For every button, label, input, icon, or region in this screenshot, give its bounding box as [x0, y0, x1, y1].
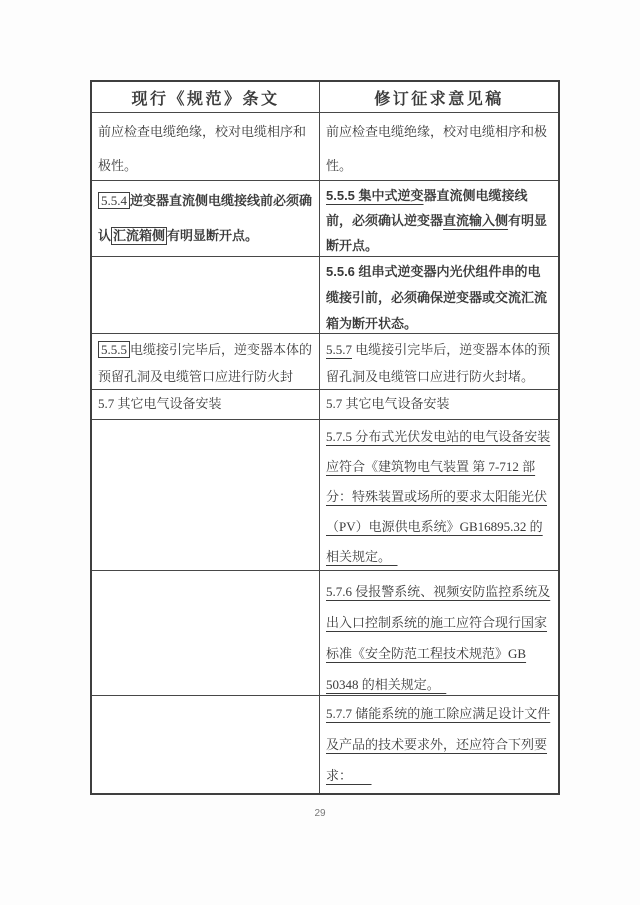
deleted-clause-number-box: 5.5.5 — [98, 341, 130, 358]
inserted-clause-number: 5.5.7 — [326, 342, 352, 357]
cell-current-empty-3 — [92, 571, 320, 696]
deleted-term-box: 汇流箱侧 — [111, 227, 167, 245]
cell-current-5-5-5: 5.5.5电缆接引完毕后，逆变器本体的预留孔洞及电缆管口应进行防火封堵。 — [92, 334, 320, 390]
cell-text: 前应检查电缆绝缘，校对电缆相序和极性。 — [98, 124, 306, 173]
inserted-text: 5.7.7 储能系统的施工除应满足设计文件及产品的技术要求外，还应符合下列要求： — [326, 706, 550, 783]
cell-revised-5-7-6: 5.7.6 侵报警系统、视频安防监控系统及出入口控制系统的施工应符合现行国家标准… — [320, 571, 558, 696]
page-number: 29 — [0, 808, 640, 819]
cell-revised-5-7: 5.7 其它电气设备安装 — [320, 390, 558, 420]
cell-revised-5-5-6: 5.5.6 组串式逆变器内光伏组件串的电缆接引前，必须确保逆变器或交流汇流箱为断… — [320, 257, 558, 334]
cell-current-empty-4 — [92, 696, 320, 793]
cell-current-empty-1 — [92, 257, 320, 334]
cell-text: 有明显断开点。 — [167, 228, 258, 243]
inserted-text: 5.7.5 分布式光伏发电站的电气设备安装应符合《建筑物电气装置 第 7-712… — [326, 429, 550, 564]
deleted-clause-number-box: 5.5.4 — [98, 192, 130, 209]
cell-current-5-5-4: 5.5.4逆变器直流侧电缆接线前必须确认汇流箱侧有明显断开点。 — [92, 181, 320, 257]
cell-revised-5-5-7: 5.5.7 电缆接引完毕后，逆变器本体的预留孔洞及电缆管口应进行防火封堵。 — [320, 334, 558, 390]
document-page: 现行《规范》条文 修订征求意见稿 前应检查电缆绝缘，校对电缆相序和极性。 前应检… — [0, 0, 640, 905]
cell-text: 5.7 其它电气设备安装 — [326, 396, 450, 411]
comparison-table: 现行《规范》条文 修订征求意见稿 前应检查电缆绝缘，校对电缆相序和极性。 前应检… — [90, 80, 560, 795]
cell-text: 前应检查电缆绝缘，校对电缆相序和极性。 — [326, 124, 547, 173]
cell-text: 5.5.6 组串式逆变器内光伏组件串的电缆接引前，必须确保逆变器或交流汇流箱为断… — [326, 264, 547, 331]
inserted-text: 5.7.6 侵报警系统、视频安防监控系统及出入口控制系统的施工应符合现行国家标准… — [326, 584, 550, 692]
cell-revised-5-5-5: 5.5.5 集中式逆变器直流侧电缆接线前，必须确认逆变器直流输入侧有明显断开点。 — [320, 181, 558, 257]
cell-text: 电缆接引完毕后，逆变器本体的预留孔洞及电缆管口应进行防火封堵。 — [98, 342, 312, 390]
inserted-text: 直流输入侧 — [443, 213, 508, 228]
column-header-current: 现行《规范》条文 — [92, 82, 320, 113]
cell-current-preamble: 前应检查电缆绝缘，校对电缆相序和极性。 — [92, 113, 320, 181]
cell-revised-5-7-5: 5.7.5 分布式光伏发电站的电气设备安装应符合《建筑物电气装置 第 7-712… — [320, 420, 558, 571]
cell-revised-5-7-7: 5.7.7 储能系统的施工除应满足设计文件及产品的技术要求外，还应符合下列要求： — [320, 696, 558, 793]
cell-text: 电缆接引完毕后，逆变器本体的预留孔洞及电缆管口应进行防火封堵。 — [326, 342, 550, 384]
inserted-text: 5.5.5 集中式逆变 — [326, 188, 424, 203]
column-header-revised: 修订征求意见稿 — [320, 82, 558, 113]
cell-revised-preamble: 前应检查电缆绝缘，校对电缆相序和极性。 — [320, 113, 558, 181]
cell-text: 5.7 其它电气设备安装 — [98, 396, 222, 411]
cell-current-5-7: 5.7 其它电气设备安装 — [92, 390, 320, 420]
cell-current-empty-2 — [92, 420, 320, 571]
